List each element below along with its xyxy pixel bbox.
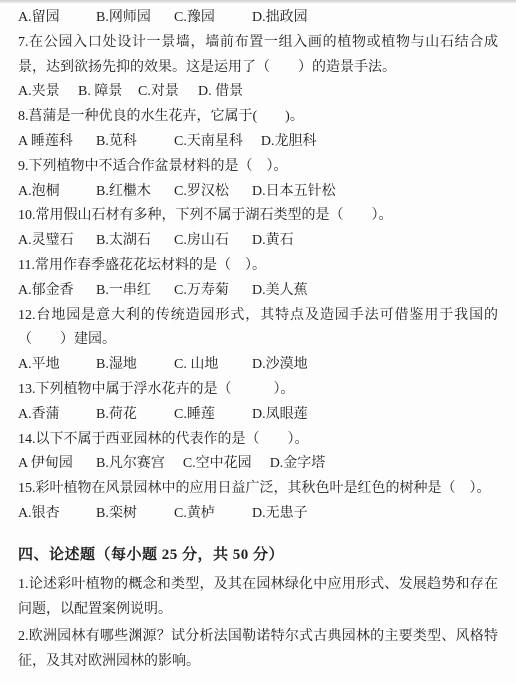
option-d: D.美人蕉 <box>252 279 312 304</box>
option-d: D.金字塔 <box>270 452 330 477</box>
option-d: D.黄石 <box>252 229 312 254</box>
option-a: A.灵璧石 <box>18 229 78 254</box>
question-stem: 14.以下不属于西亚园林的代表作的是（ ）。 <box>18 428 498 453</box>
option-a: A.郁金香 <box>18 279 78 304</box>
question-12: 12.台地园是意大利的传统造园形式，其特点及造园手法可借鉴用于我国的（ ）建园。… <box>18 304 498 378</box>
option-d: D.龙胆科 <box>261 130 321 155</box>
option-b: B.红檵木 <box>96 180 156 205</box>
option-row: A.银杏 B.栾树 C.黄栌 D.无患子 <box>18 502 498 527</box>
question-stem: 8.菖蒲是一种优良的水生花卉，它属于( )。 <box>18 105 498 130</box>
exam-document-page: A.留园 B.网师园 C.豫园 D.拙政园 7.在公园入口处设计一景墙，墙前布置… <box>0 0 516 684</box>
option-a: A.平地 <box>18 353 78 378</box>
option-c: C.黄栌 <box>174 502 234 527</box>
essay-question-1: 1.论述彩叶植物的概念和类型，及其在园林绿化中应用形式、发展趋势和存在问题，以配… <box>18 573 498 623</box>
option-c: C.睡莲 <box>174 403 234 428</box>
option-b: B.凡尔赛宫 <box>96 452 165 477</box>
question-9: 9.下列植物中不适合作盆景材料的是（ ）。 A.泡桐 B.红檵木 C.罗汉松 D… <box>18 155 498 205</box>
option-a: A 睡莲科 <box>18 130 78 155</box>
option-b: B. 障景 <box>78 80 126 105</box>
option-b: B.网师园 <box>96 6 156 31</box>
question-stem: 11.常用作春季盛花花坛材料的是（ ）。 <box>18 254 498 279</box>
option-a: A.银杏 <box>18 502 78 527</box>
option-c: C.房山石 <box>174 229 234 254</box>
question-13: 13.下列植物中属于浮水花卉的是（ ）。 A.香蒲 B.荷花 C.睡莲 D.凤眼… <box>18 378 498 428</box>
option-d: D.日本五针松 <box>252 180 336 205</box>
question-15: 15.彩叶植物在风景园林中的应用日益广泛，其秋色叶是红色的树种是（ ）。 A.银… <box>18 477 498 527</box>
option-row: A 伊甸园 B.凡尔赛宫 C.空中花园 D.金字塔 <box>18 452 498 477</box>
option-a: A.香蒲 <box>18 403 78 428</box>
option-a: A.泡桐 <box>18 180 78 205</box>
option-a: A.留园 <box>18 6 78 31</box>
option-b: B.湿地 <box>96 353 156 378</box>
question-stem: 13.下列植物中属于浮水花卉的是（ ）。 <box>18 378 498 403</box>
question-14: 14.以下不属于西亚园林的代表作的是（ ）。 A 伊甸园 B.凡尔赛宫 C.空中… <box>18 428 498 478</box>
option-d: D.无患子 <box>252 502 312 527</box>
question-stem: 15.彩叶植物在风景园林中的应用日益广泛，其秋色叶是红色的树种是（ ）。 <box>18 477 498 502</box>
option-d: D.凤眼莲 <box>252 403 312 428</box>
option-row: A.夹景 B. 障景 C.对景 D. 借景 <box>18 80 498 105</box>
option-b: B.太湖石 <box>96 229 156 254</box>
option-d: D. 借景 <box>198 80 246 105</box>
question-11: 11.常用作春季盛花花坛材料的是（ ）。 A.郁金香 B.一串红 C.万寿菊 D… <box>18 254 498 304</box>
option-c: C.万寿菊 <box>174 279 234 304</box>
question-stem: 7.在公园入口处设计一景墙，墙前布置一组入画的植物或植物与山石结合成景，达到欲扬… <box>18 31 498 81</box>
option-c: C.天南星科 <box>174 130 243 155</box>
option-row: A 睡莲科 B.苋科 C.天南星科 D.龙胆科 <box>18 130 498 155</box>
option-row: A.平地 B.湿地 C. 山地 D.沙漠地 <box>18 353 498 378</box>
question-7: 7.在公园入口处设计一景墙，墙前布置一组入画的植物或植物与山石结合成景，达到欲扬… <box>18 31 498 105</box>
option-c: C.豫园 <box>174 6 234 31</box>
option-c: C.罗汉松 <box>174 180 234 205</box>
section-heading-essay: 四、论述题（每小题 25 分，共 50 分） <box>18 543 498 568</box>
scan-edge-artifact <box>0 0 516 3</box>
option-row: A.灵璧石 B.太湖石 C.房山石 D.黄石 <box>18 229 498 254</box>
option-d: D.沙漠地 <box>252 353 312 378</box>
option-c: C. 山地 <box>174 353 234 378</box>
option-row: A.泡桐 B.红檵木 C.罗汉松 D.日本五针松 <box>18 180 498 205</box>
essay-question-2: 2.欧洲园林有哪些渊源？试分析法国勒诺特尔式古典园林的主要类型、风格特征，及其对… <box>18 625 498 675</box>
orphan-option-row: A.留园 B.网师园 C.豫园 D.拙政园 <box>18 6 498 31</box>
option-row: A.郁金香 B.一串红 C.万寿菊 D.美人蕉 <box>18 279 498 304</box>
option-row: A.香蒲 B.荷花 C.睡莲 D.凤眼莲 <box>18 403 498 428</box>
question-8: 8.菖蒲是一种优良的水生花卉，它属于( )。 A 睡莲科 B.苋科 C.天南星科… <box>18 105 498 155</box>
option-d: D.拙政园 <box>252 6 312 31</box>
option-c: C.对景 <box>138 80 186 105</box>
option-b: B.苋科 <box>96 130 156 155</box>
option-b: B.一串红 <box>96 279 156 304</box>
option-c: C.空中花园 <box>183 452 252 477</box>
option-b: B.荷花 <box>96 403 156 428</box>
question-10: 10.常用假山石材有多种，下列不属于湖石类型的是（ ）。 A.灵璧石 B.太湖石… <box>18 204 498 254</box>
option-a: A 伊甸园 <box>18 452 78 477</box>
option-b: B.栾树 <box>96 502 156 527</box>
question-stem: 12.台地园是意大利的传统造园形式，其特点及造园手法可借鉴用于我国的（ ）建园。 <box>18 304 498 354</box>
option-a: A.夹景 <box>18 80 66 105</box>
question-stem: 10.常用假山石材有多种，下列不属于湖石类型的是（ ）。 <box>18 204 498 229</box>
question-stem: 9.下列植物中不适合作盆景材料的是（ ）。 <box>18 155 498 180</box>
